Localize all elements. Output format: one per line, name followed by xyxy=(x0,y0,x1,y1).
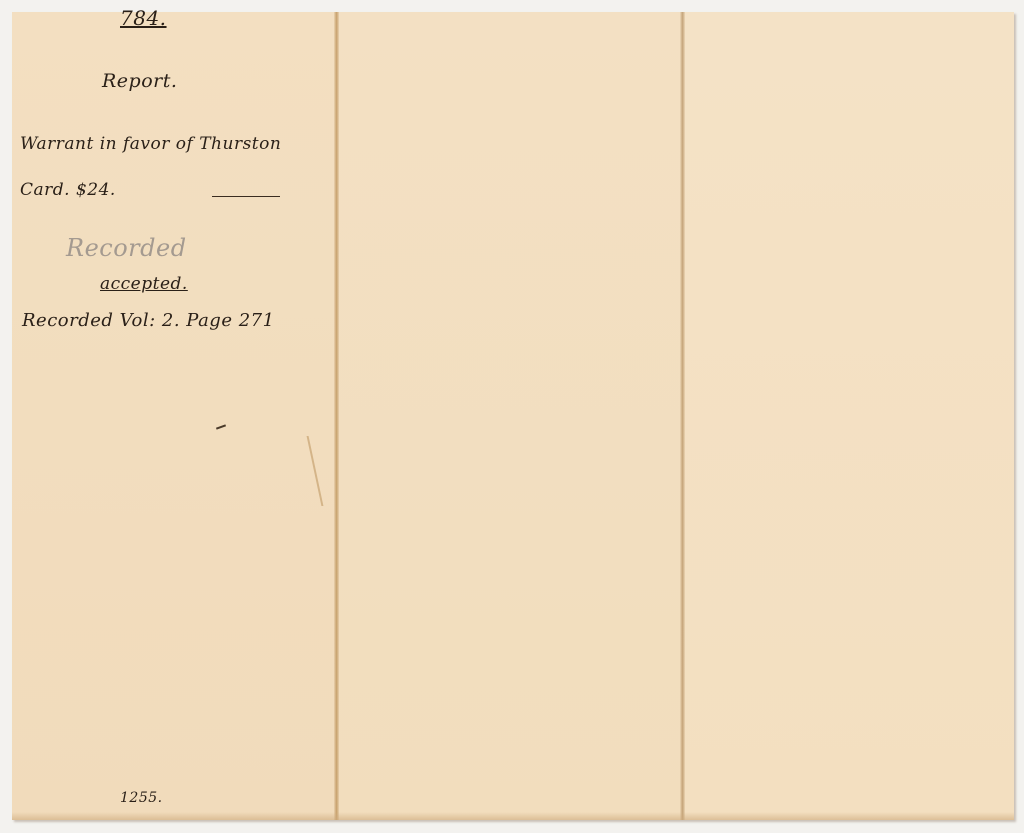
bottom-number: 1255. xyxy=(120,790,163,806)
document-sheet: 784. Report. Warrant in favor of Thursto… xyxy=(12,12,1014,820)
paper-bottom-edge xyxy=(12,812,1014,820)
docket-number: 784. xyxy=(120,6,167,30)
paper-stain xyxy=(307,436,334,506)
ink-mark xyxy=(216,424,226,429)
fold-line-right xyxy=(680,12,685,820)
accepted-status: accepted. xyxy=(100,274,188,294)
docket-heading: Report. xyxy=(102,70,177,92)
fold-line-left xyxy=(334,12,339,820)
middle-panel xyxy=(336,12,682,820)
amount-dash-line xyxy=(212,196,280,197)
docket-line-amount: Card. $24. xyxy=(20,180,116,200)
pencil-recorded-note: Recorded xyxy=(66,234,187,262)
right-panel xyxy=(682,12,1014,820)
record-reference: Recorded Vol: 2. Page 271 xyxy=(22,310,275,331)
docket-line-warrant: Warrant in favor of Thurston xyxy=(20,134,281,154)
left-panel: 784. Report. Warrant in favor of Thursto… xyxy=(12,12,336,820)
